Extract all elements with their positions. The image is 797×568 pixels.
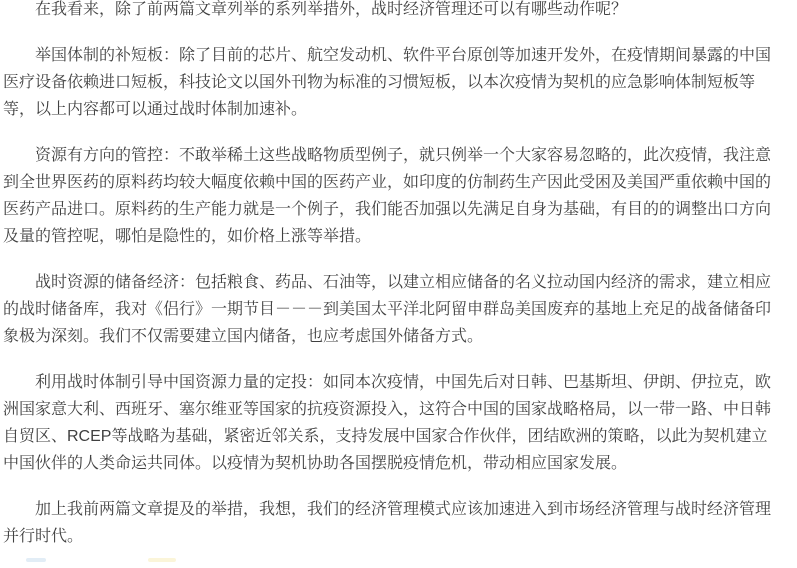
text-line: 举国体制的补短板：除了目前的芯片、航空发动机、软件平台原创等加速开发外，在疫情期… [3, 42, 785, 69]
article-body: 在我看来，除了前两篇文章列举的系列举措外，战时经济管理还可以有哪些动作呢？举国体… [3, 0, 785, 568]
paragraph: 在我看来，除了前两篇文章列举的系列举措外，战时经济管理还可以有哪些动作呢？ [3, 0, 785, 23]
text-line: 等，以上内容都可以通过战时体制加速补。 [3, 96, 785, 123]
cropped-next-line-artifact [26, 558, 46, 562]
paragraph: 资源有方向的管控：不敢举稀土这些战略物质型例子，就只例举一个大家容易忽略的，此次… [3, 142, 785, 250]
cropped-next-line-artifact [148, 558, 176, 562]
text-line: 自贸区、RCEP等战略为基础，紧密近邻关系，支持发展中国家合作伙伴，团结欧洲的策… [3, 423, 785, 450]
text-line: 加上我前两篇文章提及的举措，我想，我们的经济管理模式应该加速进入到市场经济管理与… [3, 496, 785, 523]
text-line: 洲国家意大利、西班牙、塞尔维亚等国家的抗疫资源投入，这符合中国的国家战略格局，以… [3, 396, 785, 423]
text-line: 资源有方向的管控：不敢举稀土这些战略物质型例子，就只例举一个大家容易忽略的，此次… [3, 142, 785, 169]
text-line: 战时资源的储备经济：包括粮食、药品、石油等，以建立相应储备的名义拉动国内经济的需… [3, 269, 785, 296]
paragraph: 战时资源的储备经济：包括粮食、药品、石油等，以建立相应储备的名义拉动国内经济的需… [3, 269, 785, 350]
document-page: { "page": { "background_color": "#ffffff… [0, 0, 797, 568]
text-line: 及量的管控呢，哪怕是隐性的，如价格上涨等举措。 [3, 223, 785, 250]
text-line: 医药产品进口。原料药的生产能力就是一个例子，我们能否加强以先满足自身为基础，有目… [3, 196, 785, 223]
paragraph: 举国体制的补短板：除了目前的芯片、航空发动机、软件平台原创等加速开发外，在疫情期… [3, 42, 785, 123]
text-line: 到全世界医药的原料药均较大幅度依赖中国的医药产业，如印度的仿制药生产因此受困及美… [3, 169, 785, 196]
text-line: 中国伙伴的人类命运共同体。以疫情为契机协助各国摆脱疫情危机，带动相应国家发展。 [3, 450, 785, 477]
paragraph: 加上我前两篇文章提及的举措，我想，我们的经济管理模式应该加速进入到市场经济管理与… [3, 496, 785, 550]
text-line: 在我看来，除了前两篇文章列举的系列举措外，战时经济管理还可以有哪些动作呢？ [3, 0, 785, 23]
text-line: 并行时代。 [3, 523, 785, 550]
text-line: 象极为深刻。我们不仅需要建立国内储备，也应考虑国外储备方式。 [3, 323, 785, 350]
paragraph: 利用战时体制引导中国资源力量的定投：如同本次疫情，中国先后对日韩、巴基斯坦、伊朗… [3, 369, 785, 477]
text-line: 利用战时体制引导中国资源力量的定投：如同本次疫情，中国先后对日韩、巴基斯坦、伊朗… [3, 369, 785, 396]
text-line: 医疗设备依赖进口短板，科技论文以国外刊物为标准的习惯短板，以本次疫情为契机的应急… [3, 69, 785, 96]
text-line: 的战时储备库，我对《侣行》一期节目－－－到美国太平洋北阿留申群岛美国废弃的基地上… [3, 296, 785, 323]
